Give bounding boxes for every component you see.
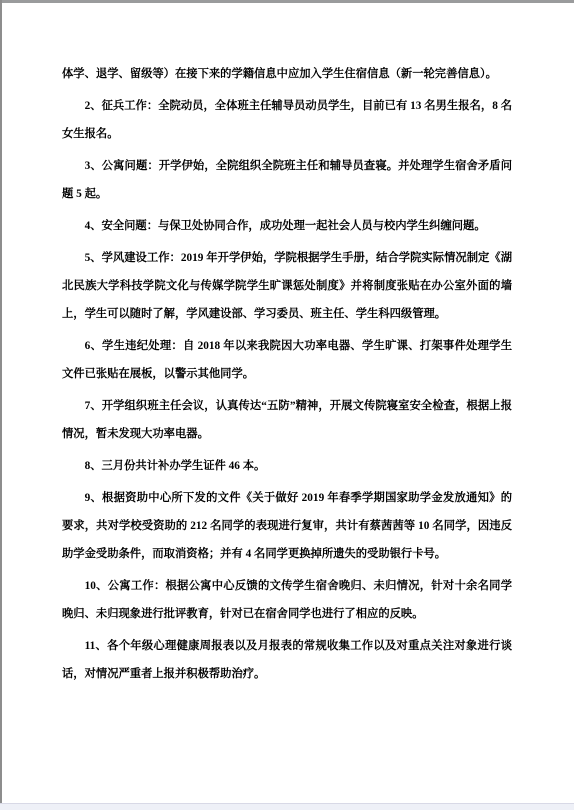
bottom-edge-bar (0, 803, 574, 810)
paragraph-item-5: 5、学风建设工作：2019 年开学伊始，学院根据学生手册，结合学院实际情况制定《… (62, 244, 512, 328)
page-left-edge (0, 0, 2, 803)
paragraph-item-7: 7、开学组织班主任会议，认真传达“五防”精神，开展文传院寝室安全检查，根据上报情… (62, 392, 512, 448)
paragraph-item-3: 3、公寓问题：开学伊始，全院组织全院班主任和辅导员查寝。并处理学生宿舍矛盾问题 … (62, 152, 512, 208)
paragraph-item-8: 8、三月份共计补办学生证件 46 本。 (62, 452, 512, 480)
paragraph-item-4: 4、安全问题：与保卫处协同合作，成功处理一起社会人员与校内学生纠缠问题。 (62, 212, 512, 240)
paragraph-item-9: 9、根据资助中心所下发的文件《关于做好 2019 年春季学期国家助学金发放通知》… (62, 484, 512, 568)
document-body: 体学、退学、留级等）在接下来的学籍信息中应加入学生住宿信息（新一轮完善信息）。 … (62, 60, 512, 688)
paragraph-continued: 体学、退学、留级等）在接下来的学籍信息中应加入学生住宿信息（新一轮完善信息）。 (62, 60, 512, 88)
paragraph-item-2: 2、征兵工作：全院动员，全体班主任辅导员动员学生，目前已有 13 名男生报名，8… (62, 92, 512, 148)
document-page: 体学、退学、留级等）在接下来的学籍信息中应加入学生住宿信息（新一轮完善信息）。 … (0, 0, 574, 810)
paragraph-item-11: 11、各个年级心理健康周报表以及月报表的常规收集工作以及对重点关注对象进行谈话，… (62, 632, 512, 688)
paragraph-item-10: 10、公寓工作：根据公寓中心反馈的文传学生宿舍晚归、未归情况，针对十余名同学晚归… (62, 572, 512, 628)
paragraph-item-6: 6、学生违纪处理：自 2018 年以来我院因大功率电器、学生旷课、打架事件处理学… (62, 332, 512, 388)
page-top-edge (0, 0, 574, 3)
